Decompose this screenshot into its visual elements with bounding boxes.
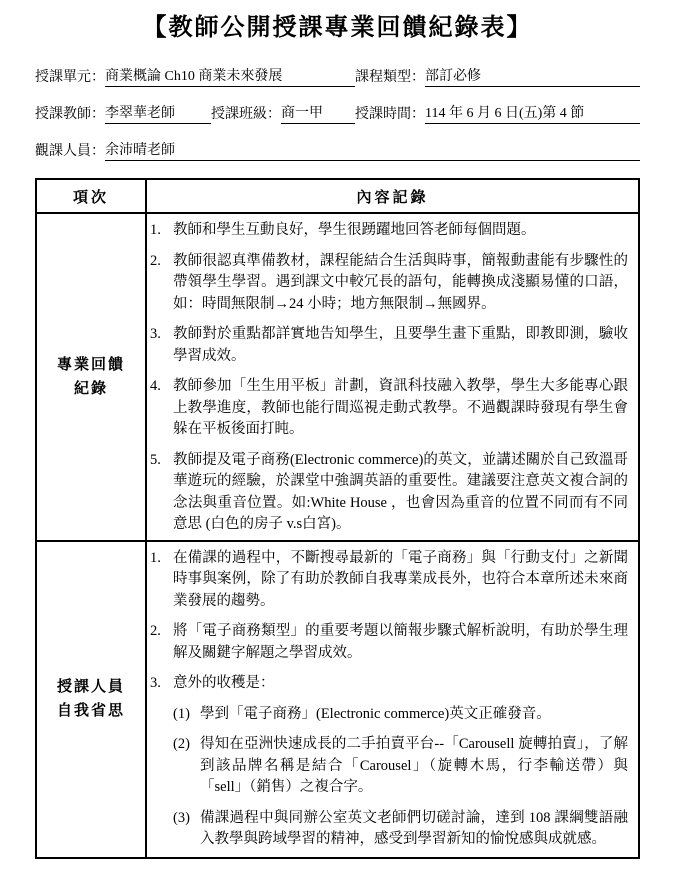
item-number: 2.: [150, 621, 173, 664]
class-field-label: 授課班級：: [211, 105, 281, 124]
unit-field-value: 商業概論 Ch10 商業未來發展: [105, 67, 355, 87]
sub-item-text: 學到「電子商務」(Electronic commerce)英文正確發音。: [200, 704, 628, 726]
unit-field-label: 授課單元：: [35, 68, 105, 87]
table-header-row: 項次 內容記錄: [36, 179, 639, 213]
item-text: 在備課的過程中，不斷搜尋最新的「電子商務」與「行動支付」之新聞時事與案例，除了有…: [173, 548, 628, 613]
page-title: 【教師公開授課專業回饋紀錄表】: [35, 13, 640, 43]
item-number: 3.: [150, 324, 173, 367]
reflection-section-label-cell: 授課人員 自我省思: [36, 541, 146, 858]
sub-item-number: (3): [173, 808, 200, 851]
sub-list-item: (1) 學到「電子商務」(Electronic commerce)英文正確發音。: [173, 704, 628, 726]
list-item: 5. 教師提及電子商務(Electronic commerce)的英文，並講述關…: [150, 450, 628, 536]
sub-item-number: (1): [173, 704, 200, 726]
sub-list: (1) 學到「電子商務」(Electronic commerce)英文正確發音。…: [150, 704, 628, 851]
observer-field-label: 觀課人員：: [35, 142, 105, 161]
item-number: 1.: [150, 548, 173, 613]
teacher-field-label: 授課教師：: [35, 105, 105, 124]
item-text: 教師對於重點都詳實地告知學生，且要學生畫下重點，即教即測，驗收學習成效。: [173, 324, 628, 367]
item-text: 教師很認真準備教材，課程能結合生活與時事，簡報動畫能有步驟性的帶領學生學習。遇到…: [173, 251, 628, 316]
feedback-section-label: 專業回饋 紀錄: [37, 353, 145, 401]
list-item: 3. 意外的收穫是：: [150, 673, 628, 695]
list-item: 4. 教師參加「生生用平板」計劃，資訊科技融入教學，學生大多能專心跟上教學進度，…: [150, 376, 628, 441]
item-text: 教師參加「生生用平板」計劃，資訊科技融入教學，學生大多能專心跟上教學進度，教師也…: [173, 376, 628, 441]
table-header-content-col: 內容記錄: [146, 179, 639, 213]
list-item: 2. 將「電子商務類型」的重要考題以簡報步驟式解析說明，有助於學生理解及關鍵字解…: [150, 621, 628, 664]
feedback-section-label-cell: 專業回饋 紀錄: [36, 213, 146, 541]
section-row-self-reflection: 授課人員 自我省思 1. 在備課的過程中，不斷搜尋最新的「電子商務」與「行動支付…: [36, 541, 639, 858]
item-text: 教師和學生互動良好，學生很踴躍地回答老師每個問題。: [173, 220, 628, 242]
feedback-section-content: 1. 教師和學生互動良好，學生很踴躍地回答老師每個問題。 2. 教師很認真準備教…: [146, 213, 639, 541]
reflection-section-label: 授課人員 自我省思: [37, 675, 145, 723]
item-number: 1.: [150, 220, 173, 242]
sub-item-text: 備課過程中與同辦公室英文老師們切磋討論，達到 108 課綱雙語融入教學與跨域學習…: [200, 808, 628, 851]
meta-row-unit: 授課單元：商業概論 Ch10 商業未來發展課程類型：部訂必修: [35, 67, 640, 87]
item-number: 4.: [150, 376, 173, 441]
meta-row-teacher: 授課教師：李翠華老師授課班級：商一甲授課時間：114 年 6 月 6 日(五)第…: [35, 104, 640, 124]
list-item: 1. 教師和學生互動良好，學生很踴躍地回答老師每個問題。: [150, 220, 628, 242]
time-field-value: 114 年 6 月 6 日(五)第 4 節: [425, 104, 640, 124]
sub-item-number: (2): [173, 734, 200, 799]
item-text: 教師提及電子商務(Electronic commerce)的英文，並講述關於自己…: [173, 450, 628, 536]
meta-fields: 授課單元：商業概論 Ch10 商業未來發展課程類型：部訂必修 授課教師：李翠華老…: [35, 67, 640, 161]
course-type-field-label: 課程類型：: [355, 68, 425, 87]
meta-row-observer: 觀課人員：余沛晴老師: [35, 141, 640, 161]
list-item: 3. 教師對於重點都詳實地告知學生，且要學生畫下重點，即教即測，驗收學習成效。: [150, 324, 628, 367]
time-field-label: 授課時間：: [355, 105, 425, 124]
list-item: 1. 在備課的過程中，不斷搜尋最新的「電子商務」與「行動支付」之新聞時事與案例，…: [150, 548, 628, 613]
item-text: 將「電子商務類型」的重要考題以簡報步驟式解析說明，有助於學生理解及關鍵字解題之學…: [173, 621, 628, 664]
item-number: 3.: [150, 673, 173, 695]
teacher-field-value: 李翠華老師: [105, 104, 211, 124]
class-field-value: 商一甲: [281, 104, 355, 124]
record-table: 項次 內容記錄 專業回饋 紀錄 1. 教師和學生互動良好，學生很踴躍地回答老師每…: [35, 178, 640, 859]
sub-list-item: (3) 備課過程中與同辦公室英文老師們切磋討論，達到 108 課綱雙語融入教學與…: [173, 808, 628, 851]
item-number: 5.: [150, 450, 173, 536]
section-row-feedback: 專業回饋 紀錄 1. 教師和學生互動良好，學生很踴躍地回答老師每個問題。 2. …: [36, 213, 639, 541]
reflection-section-content: 1. 在備課的過程中，不斷搜尋最新的「電子商務」與「行動支付」之新聞時事與案例，…: [146, 541, 639, 858]
item-number: 2.: [150, 251, 173, 316]
list-item: 2. 教師很認真準備教材，課程能結合生活與時事，簡報動畫能有步驟性的帶領學生學習…: [150, 251, 628, 316]
table-header-item-col: 項次: [36, 179, 146, 213]
course-type-field-value: 部訂必修: [425, 67, 640, 87]
sub-list-item: (2) 得知在亞洲快速成長的二手拍賣平台--「Carousell 旋轉拍賣」，了…: [173, 734, 628, 799]
document-page: 【教師公開授課專業回饋紀錄表】 授課單元：商業概論 Ch10 商業未來發展課程類…: [0, 0, 675, 876]
item-text: 意外的收穫是：: [173, 673, 628, 695]
observer-field-value: 余沛晴老師: [105, 141, 640, 161]
sub-item-text: 得知在亞洲快速成長的二手拍賣平台--「Carousell 旋轉拍賣」，了解到該品…: [200, 734, 628, 799]
